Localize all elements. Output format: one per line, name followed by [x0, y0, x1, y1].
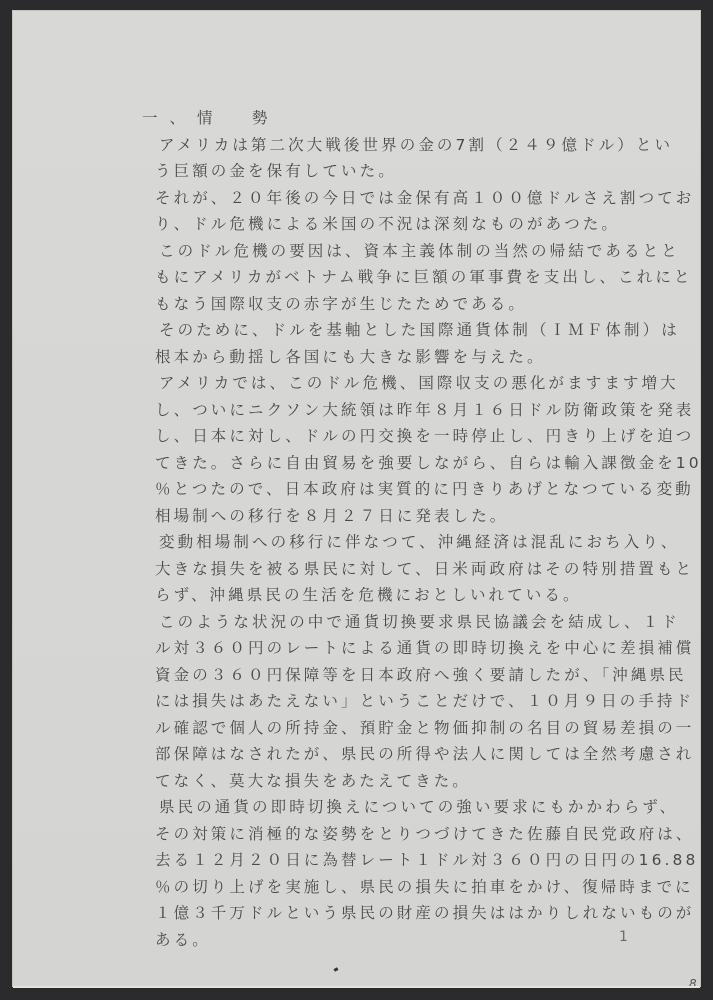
text-line: 部保障はなされたが、県民の所得や法人に関しては全然考慮され: [142, 741, 672, 768]
text-line: ある。: [142, 927, 672, 954]
text-line: には損失はあたえない」ということだけで、１０月９日の手持ド: [142, 688, 672, 715]
text-line: アメリカでは、このドル危機、国際収支の悪化がますます増大: [142, 370, 672, 397]
body-text: 一、情 勢 アメリカは第二次大戦後世界の金の7割（２４９億ドル）という巨額の金を…: [142, 105, 672, 953]
text-line: てなく、莫大な損失をあたえてきた。: [142, 768, 672, 795]
page-number: 1: [619, 929, 628, 945]
text-line: ル確認で個人の所持金、預貯金と物価抑制の名目の貿易差損の一: [142, 715, 672, 742]
text-line: １億３千万ドルという県民の財産の損失ははかりしれないものが: [142, 900, 672, 927]
text-line: その対策に消極的な姿勢をとりつづけてきた佐藤自民党政府は、: [142, 821, 672, 848]
text-line: 変動相場制への移行に伴なつて、沖縄経済は混乱におち入り、: [142, 529, 672, 556]
text-line: このドル危機の要因は、資本主義体制の当然の帰結であるとと: [142, 238, 672, 265]
text-line: アメリカは第二次大戦後世界の金の7割（２４９億ドル）とい: [142, 132, 672, 159]
handwritten-page-mark: 8: [689, 977, 697, 991]
text-line: らず、沖縄県民の生活を危機におとしいれている。: [142, 582, 672, 609]
text-line: 県民の通貨の即時切換えについての強い要求にもかかわらず、: [142, 794, 672, 821]
text-line: それが、２０年後の今日では金保有高１００億ドルさえ割つてお: [142, 185, 672, 212]
text-line: 資金の３６０円保障等を日本政府へ強く要請したが、「沖縄県民: [142, 662, 672, 689]
ink-speck: [334, 967, 339, 972]
text-line: ％の切り上げを実施し、県民の損失に拍車をかけ、復帰時までに: [142, 874, 672, 901]
section-heading: 一、情 勢: [142, 105, 672, 132]
text-line: し、ついにニクソン大統領は昨年８月１６日ドル防衛政策を発表: [142, 397, 672, 424]
document-page: 一、情 勢 アメリカは第二次大戦後世界の金の7割（２４９億ドル）という巨額の金を…: [13, 11, 700, 986]
text-line: 相場制への移行を８月２７日に発表した。: [142, 503, 672, 530]
text-line: り、ドル危機による米国の不況は深刻なものがあつた。: [142, 211, 672, 238]
text-line: このような状況の中で通貨切換要求県民協議会を結成し、１ド: [142, 609, 672, 636]
text-line: もなう国際収支の赤字が生じたためである。: [142, 291, 672, 318]
text-line: もにアメリカがベトナム戦争に巨額の軍事費を支出し、これにと: [142, 264, 672, 291]
text-line: ル対３６０円のレートによる通貨の即時切換えを中心に差損補償: [142, 635, 672, 662]
text-line: てきた。さらに自由貿易を強要しながら、自らは輸入課徴金を10: [142, 450, 672, 477]
text-line: 大きな損失を被る県民に対して、日米両政府はその特別措置もと: [142, 556, 672, 583]
text-line: ％とつたので、日本政府は実質的に円きりあげとなつている変動: [142, 476, 672, 503]
text-line: 去る１２月２０日に為替レート１ドル対３６０円の日円の16.88: [142, 847, 672, 874]
text-line: 根本から動揺し各国にも大きな影響を与えた。: [142, 344, 672, 371]
text-line: う巨額の金を保有していた。: [142, 158, 672, 185]
text-line: し、日本に対し、ドルの円交換を一時停止し、円きり上げを迫つ: [142, 423, 672, 450]
text-line: そのために、ドルを基軸とした国際通貨体制（ＩＭＦ体制）は: [142, 317, 672, 344]
